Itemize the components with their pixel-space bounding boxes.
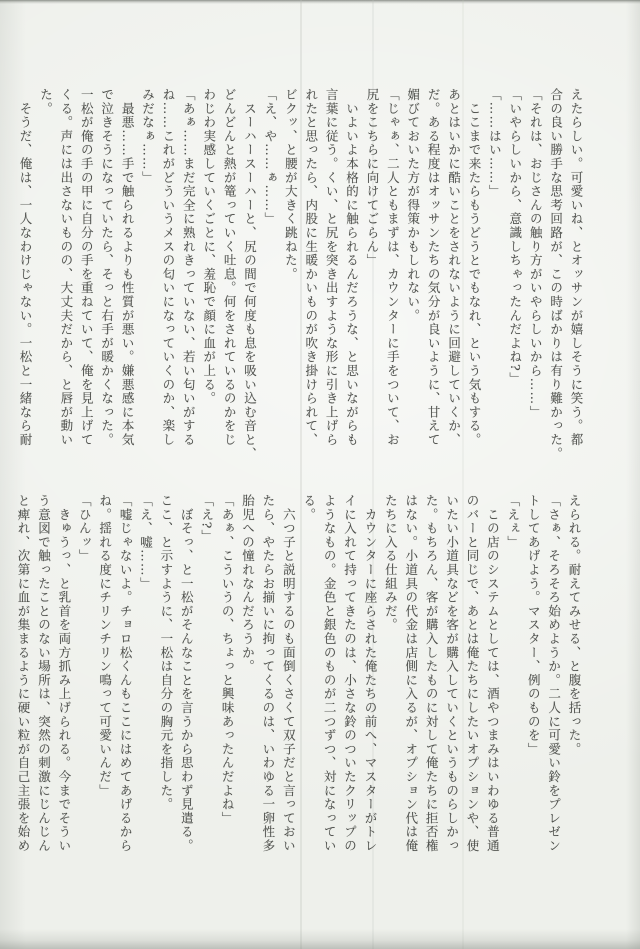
text-line: たちに入る仕組みだ。 (380, 494, 400, 860)
text-line: 「あぁ、こういうの、ちょっと興味あったんだよね」 (217, 494, 237, 860)
text-line: た。 (35, 88, 55, 466)
text-line: 一松が俺の手の甲に自分の手を重ねていて、俺を見上げて (76, 88, 96, 466)
scanned-page: えたらしい。可愛いね、とオッサンが嬉しそうに笑う。都合の良い勝手な思考回路が、こ… (0, 0, 640, 949)
text-line: 「ひんッ」 (74, 494, 94, 860)
text-line: 「え、や……ぁ……」 (260, 88, 280, 466)
text-line: あとはいかに酷いことをされないように回避していくか、 (443, 88, 463, 466)
text-line: た。もちろん、客が購入したものに対して俺たちに拒否権 (421, 494, 441, 860)
text-line: ね……これがどういうメスの匂いになっていくのか、楽し (157, 88, 177, 466)
text-line: 「それは、おじさんの触り方がいやらしいから……」 (525, 88, 545, 466)
text-line: 「え?」 (196, 494, 216, 860)
text-line: 「えぇ」 (502, 494, 522, 860)
text-line: くる。声には出さないものの、大丈夫だから、と唇が動い (55, 88, 75, 466)
text-line: たら、やたらお揃いに拘ってくるのは、いわゆる一卵性多 (258, 494, 278, 860)
text-line: う意図で触ったことのない場所は、突然の刺激にじんじん (33, 494, 53, 860)
text-line: 「じゃぁ、二人ともまずは、カウンターに手をついて、お (382, 88, 402, 466)
text-line: えられる。耐えてみせる、と腹を括った。 (564, 494, 584, 860)
text-line: トしてあげよう。マスター、例のものを」 (523, 494, 543, 860)
text-line: だ。ある程度はオッサンたちの気分が良いように、甘えて (423, 88, 443, 466)
text-line: 「いやらしいから、意識しちゃったんだよね?」 (504, 88, 524, 466)
text-line: 合の良い勝手な思考回路が、この時ばかりは有り難かった。 (545, 88, 565, 466)
text-line: わじわ実感していくごとに、羞恥で顔に血が上る。 (198, 88, 218, 466)
text-line: 「……はい……」 (484, 88, 504, 466)
text-line: はない。小道具の代金は店側に入るが、オプション代は俺 (400, 494, 420, 860)
text-line: みだなぁ……」 (137, 88, 157, 466)
text-line: ようなもの。金色と銀色のものが二つずつ、対になってい (319, 494, 339, 860)
text-line: 「え、嘘……」 (135, 494, 155, 860)
text-line: のバーと同じで、あとは俺たちにしたいオプションや、使 (462, 494, 482, 860)
text-line: ここ、と示すように、一松は自分の胸元を指した。 (155, 494, 175, 860)
text-line: れたと思ったら、内股に生暖かいものが吹き掛けられて、 (300, 88, 320, 466)
text-line: ビクッ、と腰が大きく跳ねた。 (280, 88, 300, 466)
text-line: 媚びておいた方が得策かもしれない。 (402, 88, 422, 466)
text-line: いたい小道具などを客が購入していくというものらしかっ (441, 494, 461, 860)
scan-shadow-bottom (0, 929, 640, 949)
text-line: ぼそっ、と一松がそんなことを言うから思わず見遣る。 (176, 494, 196, 860)
text-line: ここまで来たらもうどうとでもなれ、という気もする。 (464, 88, 484, 466)
text-line: いよいよ本格的に触られるんだろうな、と思いながらも (341, 88, 361, 466)
text-line: えたらしい。可愛いね、とオッサンが嬉しそうに笑う。都 (566, 88, 586, 466)
text-line: この店のシステムとしては、酒やつまみはいわゆる普通 (482, 494, 502, 860)
text-line: どんどんと熱が篭っていく吐息。何をされているのかをじ (219, 88, 239, 466)
text-line: で泣きそうになっていたら、そっと右手が暖かくなった。 (96, 88, 116, 466)
scan-edge-top (0, 0, 640, 4)
text-block-bottom: えられる。耐えてみせる、と腹を括った。「さぁ、そろそろ始めようか。二人に可愛い鈴… (13, 494, 584, 860)
text-line: カウンターに座らされた俺たちの前へ、マスターがトレ (360, 494, 380, 860)
text-line: イに入れて持ってきたのは、小さな鈴のついたクリップの (339, 494, 359, 860)
text-line: きゅうっ、と乳首を両方抓み上げられる。今までそうい (53, 494, 73, 860)
text-line: 尻をこちらに向けてごらん」 (362, 88, 382, 466)
text-line: スーハースーハーと、尻の間で何度も息を吸い込む音と、 (239, 88, 259, 466)
text-line: ね。揺れる度にチリンチリン鳴って可愛いんだ」 (94, 494, 114, 860)
text-line: 六つ子と説明するのも面倒くさくて双子だと言っておい (278, 494, 298, 860)
text-line: 「あぁ……まだ完全に熟れきっていない、若い匂いがする (178, 88, 198, 466)
text-line: そうだ、俺は、一人なわけじゃない。一松と一緒なら耐 (15, 88, 35, 466)
text-block-top: えたらしい。可愛いね、とオッサンが嬉しそうに笑う。都合の良い勝手な思考回路が、こ… (15, 88, 586, 466)
text-line: 最悪……手で触られるよりも性質が悪い。嫌悪感に本気 (117, 88, 137, 466)
text-line: 言葉に従う。くい、と尻を突き出すような形に引き上げら (321, 88, 341, 466)
text-line: 「さぁ、そろそろ始めようか。二人に可愛い鈴をプレゼン (543, 494, 563, 860)
text-line: 胎児への憧れなんだろうか。 (237, 494, 257, 860)
text-line: る。 (298, 494, 318, 860)
text-line: と痺れ、次第に血が集まるように硬い粒が自己主張を始め (13, 494, 33, 860)
text-line: 「嘘じゃないよ。チョロ松くんもここにはめてあげるから (115, 494, 135, 860)
